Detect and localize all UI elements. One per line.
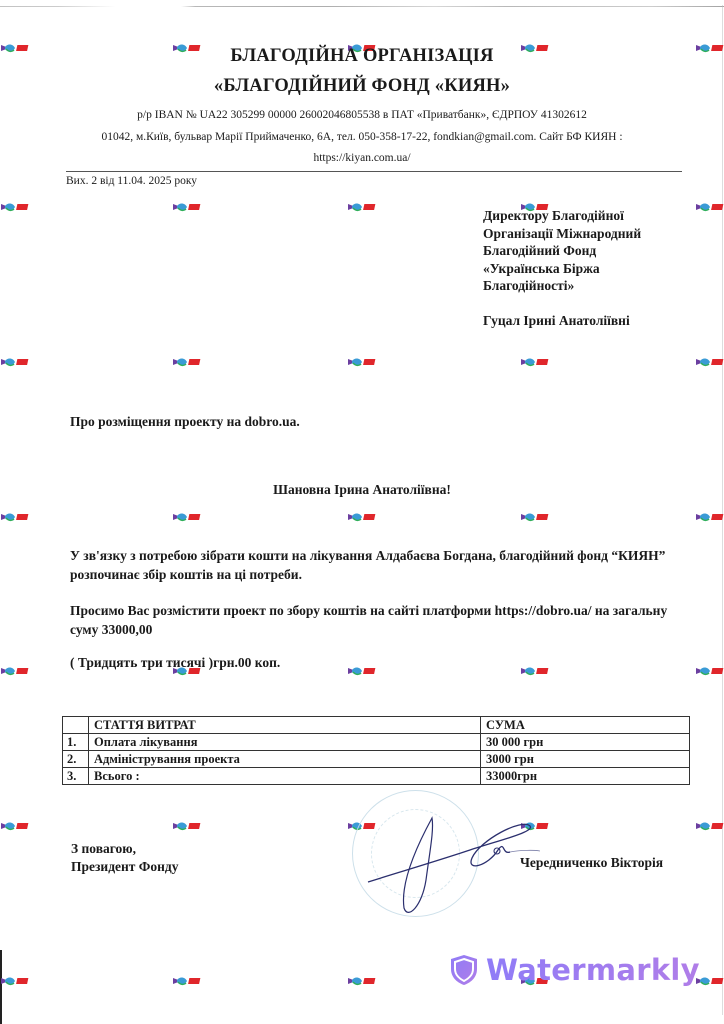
addressee-line: Організації Міжнародний [483, 225, 641, 243]
addressee-line: «Українська Біржа [483, 260, 641, 278]
fish-logo-icon [347, 975, 377, 987]
addressee-line: Благодійний Фонд [483, 242, 641, 260]
fish-logo-icon [520, 511, 550, 523]
scan-edge-left [0, 950, 2, 1024]
header-divider [66, 171, 682, 172]
fish-logo-icon [347, 201, 377, 213]
scan-edge-top [0, 6, 724, 7]
fish-logo-icon [347, 511, 377, 523]
fish-logo-icon [172, 820, 202, 832]
address-line: 01042, м.Київ, бульвар Марії Приймаченко… [0, 131, 724, 143]
body-paragraph-1: У зв'язку з потребою зібрати кошти на лі… [70, 546, 690, 584]
fish-logo-icon [172, 201, 202, 213]
fish-logo-icon [695, 356, 724, 368]
outgoing-reference: Вих. 2 від 11.04. 2025 року [66, 175, 197, 187]
fish-logo-icon [695, 820, 724, 832]
row-num: 3. [63, 768, 89, 785]
fish-logo-icon [695, 201, 724, 213]
signature-icon [360, 810, 540, 920]
fish-logo-icon [520, 356, 550, 368]
fish-logo-icon [695, 665, 724, 677]
row-num: 2. [63, 751, 89, 768]
org-type-heading: БЛАГОДІЙНА ОРГАНІЗАЦІЯ [0, 46, 724, 67]
org-name-heading: «БЛАГОДІЙНИЙ ФОНД «КИЯН» [0, 76, 724, 97]
row-item: Оплата лікування [89, 734, 481, 751]
row-amount: 33000грн [481, 768, 690, 785]
closing-regards: З повагою, [71, 840, 179, 858]
fish-logo-icon [172, 511, 202, 523]
salutation: Шановна Ірина Анатоліївна! [0, 482, 724, 498]
letter-subject: Про розміщення проекту на dobro.ua. [70, 414, 300, 430]
body-paragraph-3: ( Тридцять три тисячі )грн.00 коп. [70, 653, 690, 672]
fish-logo-icon [172, 356, 202, 368]
header-amount: СУМА [481, 717, 690, 734]
fish-logo-icon [172, 975, 202, 987]
watermark-text: Watermarkly [486, 953, 700, 987]
row-amount: 3000 грн [481, 751, 690, 768]
table-row: 2. Адміністрування проекта 3000 грн [63, 751, 690, 768]
fish-logo-icon [0, 975, 30, 987]
row-item: Всього : [89, 768, 481, 785]
header-item: СТАТТЯ ВИТРАТ [89, 717, 481, 734]
addressee-line: Благодійності» [483, 277, 641, 295]
header-num [63, 717, 89, 734]
table-row: 1. Оплата лікування 30 000 грн [63, 734, 690, 751]
expenses-table: СТАТТЯ ВИТРАТ СУМА 1. Оплата лікування 3… [62, 716, 690, 785]
addressee-block: Директору Благодійної Організації Міжнар… [483, 207, 641, 329]
row-num: 1. [63, 734, 89, 751]
closing-block: З повагою, Президент Фонду [71, 840, 179, 876]
addressee-name: Гуцал Ірині Анатоліївні [483, 312, 641, 330]
closing-title: Президент Фонду [71, 858, 179, 876]
table-row: 3. Всього : 33000грн [63, 768, 690, 785]
overlay-watermark: Watermarkly [450, 953, 700, 987]
table-header-row: СТАТТЯ ВИТРАТ СУМА [63, 717, 690, 734]
fish-logo-icon [347, 356, 377, 368]
addressee-line: Директору Благодійної [483, 207, 641, 225]
row-item: Адміністрування проекта [89, 751, 481, 768]
fish-logo-icon [0, 356, 30, 368]
shield-icon [450, 954, 478, 986]
signer-name: Чередниченко Вікторія [520, 855, 663, 871]
fish-logo-icon [0, 665, 30, 677]
bank-details: р/р IBAN № UA22 305299 00000 26002046805… [0, 109, 724, 121]
fish-logo-icon [0, 511, 30, 523]
fish-logo-icon [0, 820, 30, 832]
body-paragraph-2: Просимо Вас розмістити проект по збору к… [70, 601, 690, 639]
row-amount: 30 000 грн [481, 734, 690, 751]
website-link[interactable]: https://kiyan.com.ua/ [0, 152, 724, 164]
fish-logo-icon [0, 201, 30, 213]
fish-logo-icon [695, 511, 724, 523]
